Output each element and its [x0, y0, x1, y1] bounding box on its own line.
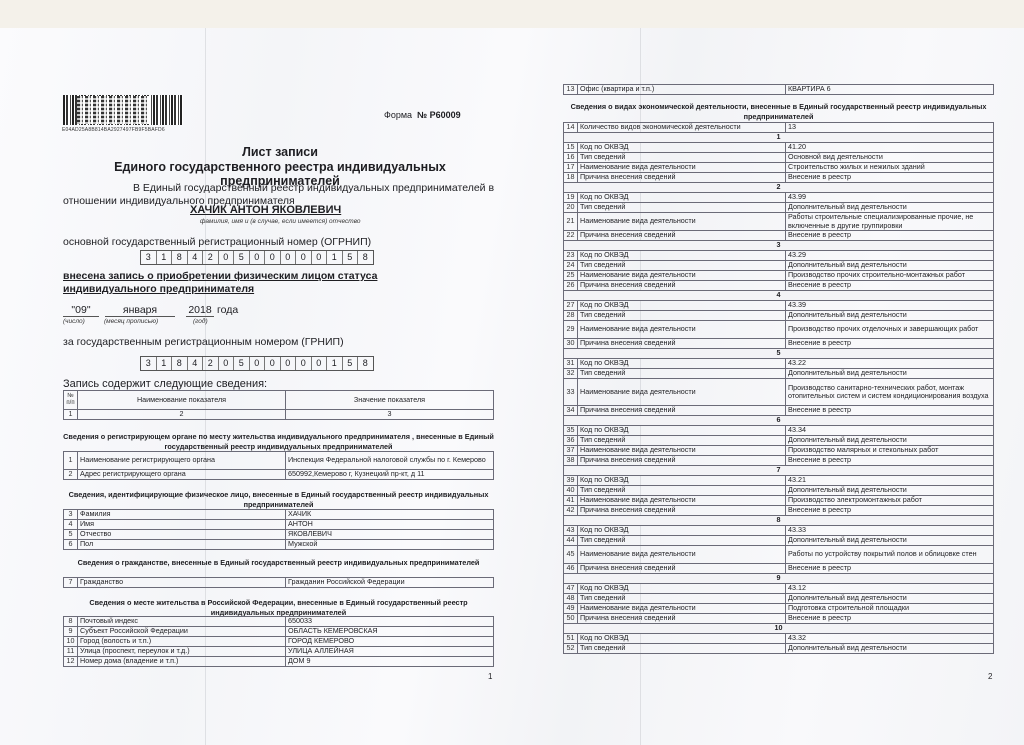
- row-name: Наименование вида деятельности: [578, 379, 786, 406]
- barcode-text: E04AD25A8B814BA2927497FB9F5BAFD6: [62, 127, 165, 133]
- digit-cell: 0: [281, 357, 297, 370]
- row-value: Дополнительный вид деятельности: [786, 203, 994, 213]
- table-row: 47Код по ОКВЭД43.12: [564, 584, 994, 594]
- row-value: Внесение в реестр: [786, 339, 994, 349]
- row-value: Внесение в реестр: [786, 231, 994, 241]
- row-number: 45: [564, 546, 578, 564]
- row-number: 28: [564, 311, 578, 321]
- digit-cell: 3: [141, 251, 157, 264]
- table-row: 20Тип сведенийДополнительный вид деятель…: [564, 203, 994, 213]
- group-number: 1: [564, 133, 994, 143]
- row-name: Код по ОКВЭД: [578, 193, 786, 203]
- group-number: 9: [564, 574, 994, 584]
- row-name: Наименование вида деятельности: [578, 496, 786, 506]
- row-name: Фамилия: [78, 510, 286, 520]
- row-number: 36: [564, 436, 578, 446]
- col-number-header: № п/п: [64, 391, 78, 410]
- table-row: 7ГражданствоГражданин Российской Федерац…: [64, 578, 494, 588]
- col-name-header: Наименование показателя: [78, 391, 286, 410]
- table-row: 27Код по ОКВЭД43.39: [564, 301, 994, 311]
- data-table: 13Офис (квартира и т.п.)КВАРТИРА 6: [563, 84, 994, 95]
- row-name: Код по ОКВЭД: [578, 359, 786, 369]
- row-number: 44: [564, 536, 578, 546]
- row-number: 48: [564, 594, 578, 604]
- row-number: 16: [564, 153, 578, 163]
- grnip-label: за государственным регистрационным номер…: [63, 336, 344, 348]
- col-index: 1: [64, 410, 78, 420]
- row-name: Код по ОКВЭД: [578, 584, 786, 594]
- digit-cell: 0: [296, 251, 312, 264]
- row-name: Код по ОКВЭД: [578, 526, 786, 536]
- table-row: 52Тип сведенийДополнительный вид деятель…: [564, 644, 994, 654]
- group-row: 3: [564, 241, 994, 251]
- row-name: Тип сведений: [578, 153, 786, 163]
- digit-cell: 5: [343, 357, 359, 370]
- row-name: Тип сведений: [578, 203, 786, 213]
- row-value: Производство электромонтажных работ: [786, 496, 994, 506]
- row-value: ГОРОД КЕМЕРОВО: [286, 637, 494, 647]
- row-value: ДОМ 9: [286, 657, 494, 667]
- digit-cell: 8: [358, 251, 373, 264]
- row-number: 13: [564, 85, 578, 95]
- row-value: Производство прочих строительно-монтажны…: [786, 271, 994, 281]
- row-name: Почтовый индекс: [78, 617, 286, 627]
- row-name: Наименование вида деятельности: [578, 604, 786, 614]
- row-number: 22: [564, 231, 578, 241]
- row-name: Причина внесения сведений: [578, 506, 786, 516]
- row-number: 39: [564, 476, 578, 486]
- row-number: 33: [564, 379, 578, 406]
- row-value: Дополнительный вид деятельности: [786, 536, 994, 546]
- table-row: 34Причина внесения сведенийВнесение в ре…: [564, 406, 994, 416]
- row-number: 20: [564, 203, 578, 213]
- row-name: Тип сведений: [578, 644, 786, 654]
- digit-cell: 8: [172, 357, 188, 370]
- section-title: Сведения о гражданстве, внесенные в Един…: [63, 558, 494, 568]
- row-number: 50: [564, 614, 578, 624]
- row-number: 14: [564, 123, 578, 133]
- row-number: 12: [64, 657, 78, 667]
- row-value: Внесение в реестр: [786, 173, 994, 183]
- table-row: 33Наименование вида деятельностиПроизвод…: [564, 379, 994, 406]
- row-value: Дополнительный вид деятельности: [786, 369, 994, 379]
- row-value: Основной вид деятельности: [786, 153, 994, 163]
- day-hint: (число): [63, 318, 85, 325]
- digit-cell: 0: [219, 357, 235, 370]
- row-name: Тип сведений: [578, 536, 786, 546]
- table-row: 16Тип сведенийОсновной вид деятельности: [564, 153, 994, 163]
- col-index: 2: [78, 410, 286, 420]
- table-row: 43Код по ОКВЭД43.33: [564, 526, 994, 536]
- row-number: 6: [64, 540, 78, 550]
- ogrnip-label: основной государственный регистрационный…: [63, 236, 371, 248]
- row-number: 23: [564, 251, 578, 261]
- row-number: 41: [564, 496, 578, 506]
- date-year-suffix: года: [217, 304, 238, 316]
- row-number: 38: [564, 456, 578, 466]
- row-name: Адрес регистрирующего органа: [78, 470, 286, 480]
- row-number: 26: [564, 281, 578, 291]
- row-value: УЛИЦА АЛЛЕЙНАЯ: [286, 647, 494, 657]
- data-table: 8Почтовый индекс6500339Субъект Российско…: [63, 616, 494, 667]
- row-number: 49: [564, 604, 578, 614]
- row-name: Причина внесения сведений: [578, 406, 786, 416]
- page-number: 2: [988, 672, 992, 681]
- table-row: 39Код по ОКВЭД43.21: [564, 476, 994, 486]
- entry-text: внесена запись о приобретении физическим…: [63, 270, 403, 296]
- table-row: 24Тип сведенийДополнительный вид деятель…: [564, 261, 994, 271]
- row-name: Код по ОКВЭД: [578, 143, 786, 153]
- row-value: АНТОН: [286, 520, 494, 530]
- row-value: Строительство жилых и нежилых зданий: [786, 163, 994, 173]
- table-row: 29Наименование вида деятельностиПроизвод…: [564, 321, 994, 339]
- digit-cell: 0: [219, 251, 235, 264]
- table-row: 37Наименование вида деятельностиПроизвод…: [564, 446, 994, 456]
- digit-cell: 8: [358, 357, 373, 370]
- digit-cell: 1: [157, 357, 173, 370]
- row-value: Внесение в реестр: [786, 281, 994, 291]
- digit-cell: 5: [234, 251, 250, 264]
- month-hint: (месяц прописью): [104, 318, 158, 325]
- table-row: 17Наименование вида деятельностиСтроител…: [564, 163, 994, 173]
- row-number: 2: [64, 470, 78, 480]
- row-name: Код по ОКВЭД: [578, 251, 786, 261]
- row-name: Номер дома (владение и т.п.): [78, 657, 286, 667]
- section-title: Сведения о месте жительства в Российской…: [63, 598, 494, 618]
- row-value: ОБЛАСТЬ КЕМЕРОВСКАЯ: [286, 627, 494, 637]
- row-number: 43: [564, 526, 578, 536]
- row-value: 43.22: [786, 359, 994, 369]
- row-name: Наименование вида деятельности: [578, 546, 786, 564]
- digit-cell: 0: [296, 357, 312, 370]
- table-row: 5ОтчествоЯКОВЛЕВИЧ: [64, 530, 494, 540]
- row-name: Город (волость и т.п.): [78, 637, 286, 647]
- row-value: Внесение в реестр: [786, 456, 994, 466]
- digit-cell: 0: [281, 251, 297, 264]
- digit-cell: 1: [327, 357, 343, 370]
- table-row: 51Код по ОКВЭД43.32: [564, 634, 994, 644]
- digit-cell: 4: [188, 251, 204, 264]
- table-row: 46Причина внесения сведенийВнесение в ре…: [564, 564, 994, 574]
- table-row: 13Офис (квартира и т.п.)КВАРТИРА 6: [564, 85, 994, 95]
- table-row: 8Почтовый индекс650033: [64, 617, 494, 627]
- row-value: 43.39: [786, 301, 994, 311]
- row-value: 43.32: [786, 634, 994, 644]
- digit-cell: 0: [312, 251, 328, 264]
- date-day: "09": [63, 304, 99, 317]
- row-value: Работы строительные специализированные п…: [786, 213, 994, 231]
- row-name: Имя: [78, 520, 286, 530]
- row-name: Код по ОКВЭД: [578, 476, 786, 486]
- group-number: 6: [564, 416, 994, 426]
- row-name: Наименование вида деятельности: [578, 213, 786, 231]
- row-number: 29: [564, 321, 578, 339]
- table-row: 35Код по ОКВЭД43.34: [564, 426, 994, 436]
- row-number: 52: [564, 644, 578, 654]
- group-number: 7: [564, 466, 994, 476]
- table-row: 48Тип сведенийДополнительный вид деятель…: [564, 594, 994, 604]
- row-name: Код по ОКВЭД: [578, 634, 786, 644]
- row-name: Код по ОКВЭД: [578, 301, 786, 311]
- row-name: Причина внесения сведений: [578, 173, 786, 183]
- data-table: 7ГражданствоГражданин Российской Федерац…: [63, 577, 494, 588]
- contains-label: Запись содержит следующие сведения:: [63, 378, 267, 390]
- row-value: Внесение в реестр: [786, 506, 994, 516]
- data-table: 3ФамилияХАЧИК4ИмяАНТОН5ОтчествоЯКОВЛЕВИЧ…: [63, 509, 494, 550]
- row-number: 21: [564, 213, 578, 231]
- row-name: Тип сведений: [578, 594, 786, 604]
- row-number: 47: [564, 584, 578, 594]
- table-row: 2Адрес регистрирующего органа650992,Кеме…: [64, 470, 494, 480]
- year-hint: (год): [193, 318, 208, 325]
- row-value: Дополнительный вид деятельности: [786, 594, 994, 604]
- row-number: 10: [64, 637, 78, 647]
- person-name: ХАЧИК АНТОН ЯКОВЛЕВИЧ: [190, 204, 341, 216]
- table-row: 40Тип сведенийДополнительный вид деятель…: [564, 486, 994, 496]
- barcode-image: [63, 95, 183, 125]
- table-row: 49Наименование вида деятельностиПодготов…: [564, 604, 994, 614]
- group-number: 2: [564, 183, 994, 193]
- group-number: 5: [564, 349, 994, 359]
- table-row: 44Тип сведенийДополнительный вид деятель…: [564, 536, 994, 546]
- data-table: 1Наименование регистрирующего органаИнсп…: [63, 451, 494, 480]
- row-value: 43.29: [786, 251, 994, 261]
- section-title: Сведения о регистрирующем органе по мест…: [63, 432, 494, 452]
- form-label: Форма: [384, 110, 412, 120]
- row-name: Офис (квартира и т.п.): [578, 85, 786, 95]
- row-name: Пол: [78, 540, 286, 550]
- group-number: 8: [564, 516, 994, 526]
- digit-cell: 0: [265, 357, 281, 370]
- row-number: 37: [564, 446, 578, 456]
- row-value: 43.34: [786, 426, 994, 436]
- section-title: Сведения, идентифицирующие физическое ли…: [63, 490, 494, 510]
- digit-cell: 4: [188, 357, 204, 370]
- digit-cell: 5: [343, 251, 359, 264]
- row-name: Причина внесения сведений: [578, 281, 786, 291]
- group-row: 9: [564, 574, 994, 584]
- row-number: 5: [64, 530, 78, 540]
- table-row: 26Причина внесения сведенийВнесение в ре…: [564, 281, 994, 291]
- row-number: 24: [564, 261, 578, 271]
- row-number: 25: [564, 271, 578, 281]
- page-number: 1: [488, 672, 492, 681]
- row-name: Субъект Российской Федерации: [78, 627, 286, 637]
- table-row: 11Улица (проспект, переулок и т.д.)УЛИЦА…: [64, 647, 494, 657]
- row-number: 30: [564, 339, 578, 349]
- row-name: Наименование вида деятельности: [578, 321, 786, 339]
- table-row: 6ПолМужской: [64, 540, 494, 550]
- group-number: 4: [564, 291, 994, 301]
- row-number: 42: [564, 506, 578, 516]
- row-number: 3: [64, 510, 78, 520]
- row-name: Тип сведений: [578, 369, 786, 379]
- form-number: Форма № Р60009: [384, 110, 461, 120]
- row-name: Код по ОКВЭД: [578, 426, 786, 436]
- table-row: 1Наименование регистрирующего органаИнсп…: [64, 452, 494, 470]
- row-name: Отчество: [78, 530, 286, 540]
- row-number: 51: [564, 634, 578, 644]
- group-row: 4: [564, 291, 994, 301]
- section-title: Сведения о видах экономической деятельно…: [563, 102, 994, 122]
- row-name: Причина внесения сведений: [578, 564, 786, 574]
- group-row: 8: [564, 516, 994, 526]
- ogrnip-digits: 318420500000158: [140, 250, 374, 265]
- row-value: Мужской: [286, 540, 494, 550]
- table-row: 15Код по ОКВЭД41.20: [564, 143, 994, 153]
- table-row: 42Причина внесения сведенийВнесение в ре…: [564, 506, 994, 516]
- header-table: № п/п Наименование показателя Значение п…: [63, 390, 494, 420]
- table-row: 12Номер дома (владение и т.п.)ДОМ 9: [64, 657, 494, 667]
- row-number: 27: [564, 301, 578, 311]
- row-number: 9: [64, 627, 78, 637]
- table-row: 36Тип сведенийДополнительный вид деятель…: [564, 436, 994, 446]
- table-row: 21Наименование вида деятельностиРаботы с…: [564, 213, 994, 231]
- row-value: Подготовка строительной площадки: [786, 604, 994, 614]
- row-name: Тип сведений: [578, 436, 786, 446]
- group-row: 10: [564, 624, 994, 634]
- digit-cell: 0: [312, 357, 328, 370]
- group-row: 6: [564, 416, 994, 426]
- row-name: Наименование вида деятельности: [578, 271, 786, 281]
- table-row: 19Код по ОКВЭД43.99: [564, 193, 994, 203]
- row-value: 43.12: [786, 584, 994, 594]
- digit-cell: 8: [172, 251, 188, 264]
- table-row: 25Наименование вида деятельностиПроизвод…: [564, 271, 994, 281]
- row-number: 8: [64, 617, 78, 627]
- person-hint: фамилия, имя и (в случае, если имеется) …: [200, 218, 361, 225]
- table-row: 18Причина внесения сведенийВнесение в ре…: [564, 173, 994, 183]
- date-year: 2018: [186, 304, 214, 317]
- row-value: 43.99: [786, 193, 994, 203]
- row-value: Дополнительный вид деятельности: [786, 311, 994, 321]
- row-value: 43.33: [786, 526, 994, 536]
- grnip-digits: 318420500000158: [140, 356, 374, 371]
- row-number: 15: [564, 143, 578, 153]
- row-value: 43.21: [786, 476, 994, 486]
- row-value: Дополнительный вид деятельности: [786, 436, 994, 446]
- row-name: Наименование вида деятельности: [578, 446, 786, 456]
- table-row: 32Тип сведенийДополнительный вид деятель…: [564, 369, 994, 379]
- date-month: января: [105, 304, 175, 317]
- scan-top-band: [0, 0, 1024, 28]
- table-row: 22Причина внесения сведенийВнесение в ре…: [564, 231, 994, 241]
- table-row: 10Город (волость и т.п.)ГОРОД КЕМЕРОВО: [64, 637, 494, 647]
- digit-cell: 3: [141, 357, 157, 370]
- digit-cell: 0: [250, 251, 266, 264]
- row-value: Производство прочих отделочных и заверша…: [786, 321, 994, 339]
- digit-cell: 2: [203, 251, 219, 264]
- row-number: 32: [564, 369, 578, 379]
- row-number: 4: [64, 520, 78, 530]
- table-row: 14Количество видов экономической деятель…: [564, 123, 994, 133]
- table-row: 30Причина внесения сведенийВнесение в ре…: [564, 339, 994, 349]
- table-row: 41Наименование вида деятельностиПроизвод…: [564, 496, 994, 506]
- row-value: Дополнительный вид деятельности: [786, 261, 994, 271]
- row-value: 650033: [286, 617, 494, 627]
- group-row: 2: [564, 183, 994, 193]
- row-value: 13: [786, 123, 994, 133]
- row-name: Причина внесения сведений: [578, 339, 786, 349]
- row-value: Дополнительный вид деятельности: [786, 644, 994, 654]
- table-row: 4ИмяАНТОН: [64, 520, 494, 530]
- row-value: Производство малярных и стекольных работ: [786, 446, 994, 456]
- col-index: 3: [286, 410, 494, 420]
- digit-cell: 0: [250, 357, 266, 370]
- row-value: Инспекция Федеральной налоговой службы п…: [286, 452, 494, 470]
- table-row: 38Причина внесения сведенийВнесение в ре…: [564, 456, 994, 466]
- group-row: 7: [564, 466, 994, 476]
- table-row: 50Причина внесения сведенийВнесение в ре…: [564, 614, 994, 624]
- group-row: 1: [564, 133, 994, 143]
- row-value: Гражданин Российской Федерации: [286, 578, 494, 588]
- row-number: 18: [564, 173, 578, 183]
- form-code: № Р60009: [417, 110, 461, 120]
- row-value: 41.20: [786, 143, 994, 153]
- row-number: 7: [64, 578, 78, 588]
- row-number: 34: [564, 406, 578, 416]
- row-value: Дополнительный вид деятельности: [786, 486, 994, 496]
- row-value: Внесение в реестр: [786, 614, 994, 624]
- digit-cell: 5: [234, 357, 250, 370]
- row-name: Гражданство: [78, 578, 286, 588]
- table-row: 3ФамилияХАЧИК: [64, 510, 494, 520]
- digit-cell: 0: [265, 251, 281, 264]
- row-name: Причина внесения сведений: [578, 456, 786, 466]
- digit-cell: 1: [157, 251, 173, 264]
- table-row: 23Код по ОКВЭД43.29: [564, 251, 994, 261]
- row-name: Тип сведений: [578, 486, 786, 496]
- row-name: Причина внесения сведений: [578, 614, 786, 624]
- row-name: Улица (проспект, переулок и т.д.): [78, 647, 286, 657]
- group-number: 3: [564, 241, 994, 251]
- row-value: Внесение в реестр: [786, 406, 994, 416]
- doc-title: Лист записи: [60, 145, 500, 159]
- data-table: 14Количество видов экономической деятель…: [563, 122, 994, 654]
- digit-cell: 2: [203, 357, 219, 370]
- table-row: 45Наименование вида деятельностиРаботы п…: [564, 546, 994, 564]
- col-value-header: Значение показателя: [286, 391, 494, 410]
- row-value: Внесение в реестр: [786, 564, 994, 574]
- table-row: 28Тип сведенийДополнительный вид деятель…: [564, 311, 994, 321]
- row-value: КВАРТИРА 6: [786, 85, 994, 95]
- digit-cell: 1: [327, 251, 343, 264]
- table-row: 9Субъект Российской ФедерацииОБЛАСТЬ КЕМ…: [64, 627, 494, 637]
- group-number: 10: [564, 624, 994, 634]
- row-name: Причина внесения сведений: [578, 231, 786, 241]
- row-value: ЯКОВЛЕВИЧ: [286, 530, 494, 540]
- row-name: Наименование вида деятельности: [578, 163, 786, 173]
- row-name: Тип сведений: [578, 311, 786, 321]
- row-number: 40: [564, 486, 578, 496]
- row-name: Тип сведений: [578, 261, 786, 271]
- table-row: 31Код по ОКВЭД43.22: [564, 359, 994, 369]
- row-value: Производство санитарно-технических работ…: [786, 379, 994, 406]
- row-number: 1: [64, 452, 78, 470]
- row-number: 31: [564, 359, 578, 369]
- row-value: ХАЧИК: [286, 510, 494, 520]
- row-number: 17: [564, 163, 578, 173]
- row-name: Количество видов экономической деятельно…: [578, 123, 786, 133]
- row-value: 650992,Кемерово г, Кузнецкий пр-кт, д 11: [286, 470, 494, 480]
- row-number: 11: [64, 647, 78, 657]
- row-number: 46: [564, 564, 578, 574]
- row-value: Работы по устройству покрытий полов и об…: [786, 546, 994, 564]
- group-row: 5: [564, 349, 994, 359]
- row-number: 35: [564, 426, 578, 436]
- row-name: Наименование регистрирующего органа: [78, 452, 286, 470]
- row-number: 19: [564, 193, 578, 203]
